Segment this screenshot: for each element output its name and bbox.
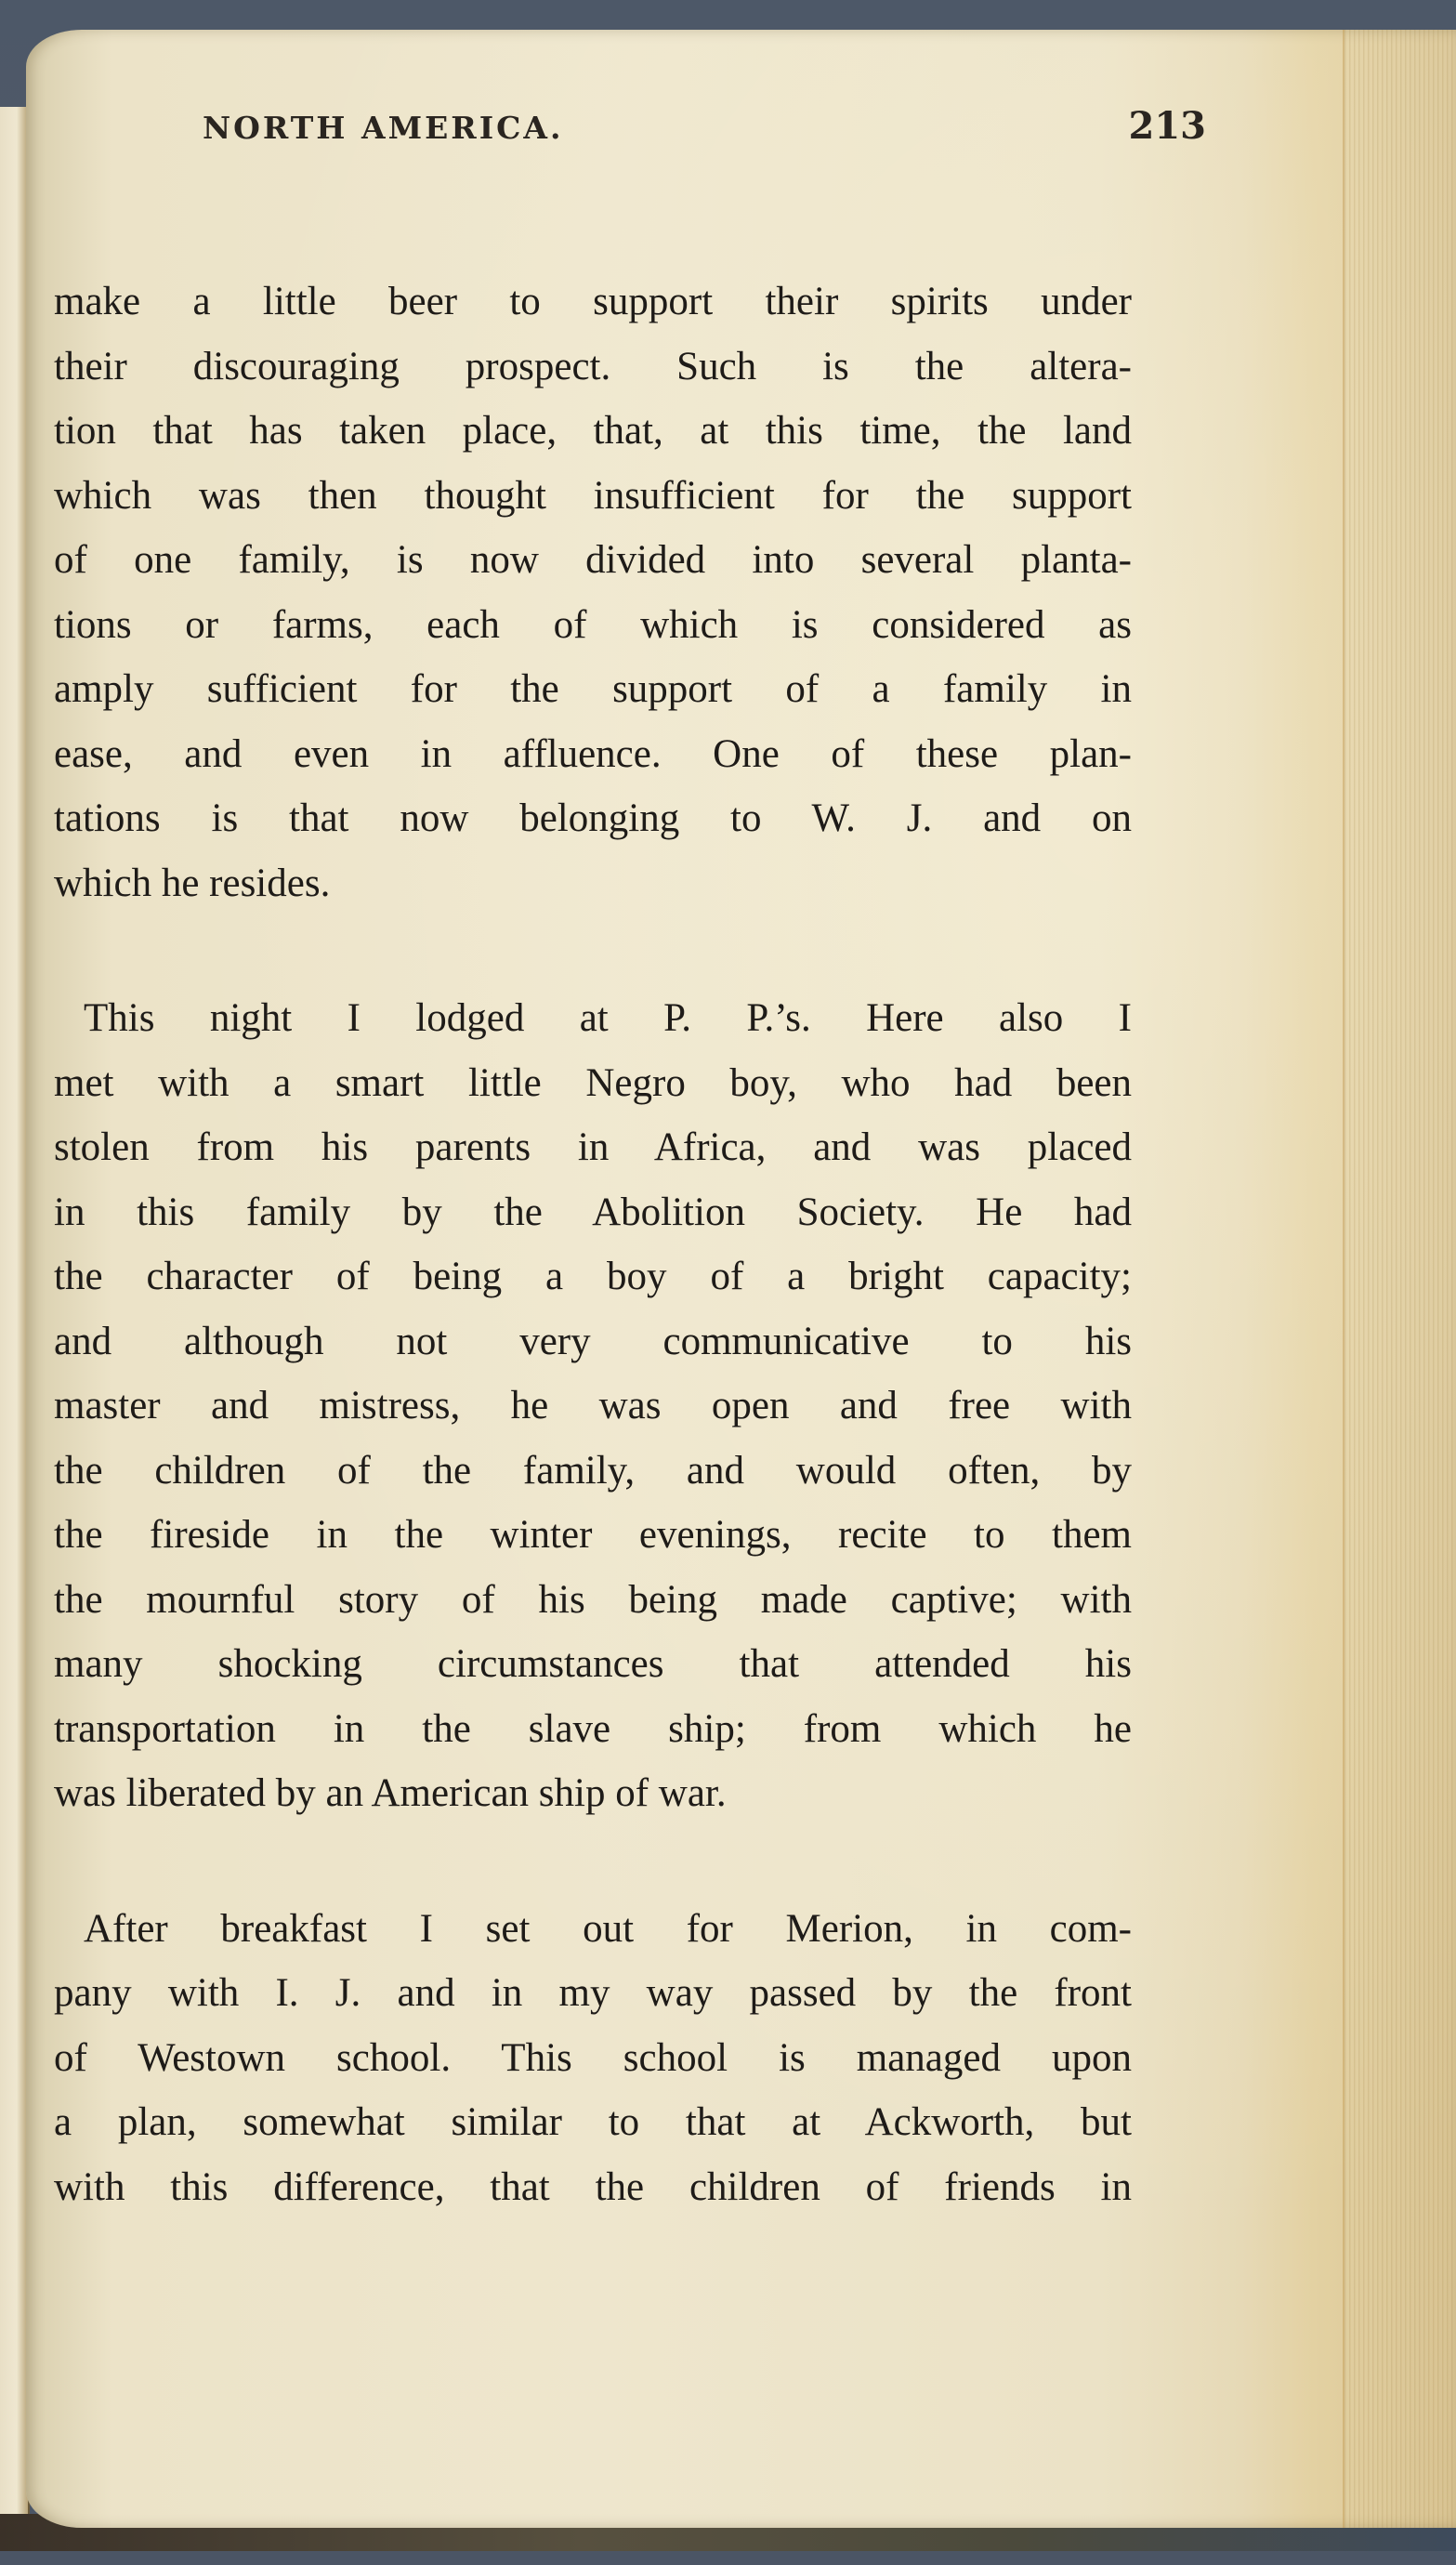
text-line: pany with I. J. and in my way passed by … (54, 1961, 1132, 2026)
book-page: NORTH AMERICA. 213 make a little beer to… (26, 30, 1456, 2528)
text-line: a plan, somewhat similar to that at Ackw… (54, 2090, 1132, 2155)
text-line: the children of the family, and would of… (54, 1439, 1132, 1504)
text-line: which was then thought insufficient for … (54, 464, 1132, 529)
paragraph-3: After breakfast I set out for Merion, in… (54, 1897, 1132, 2220)
text-line: the mournful story of his being made cap… (54, 1568, 1132, 1633)
text-line: make a little beer to support their spir… (54, 270, 1132, 335)
text-line: with this difference, that the children … (54, 2155, 1132, 2220)
text-line: transportation in the slave ship; from w… (54, 1697, 1132, 1762)
page-number: 213 (1129, 104, 1207, 148)
text-line: many shocking circumstances that attende… (54, 1632, 1132, 1697)
text-line: This night I lodged at P. P.’s. Here als… (54, 986, 1132, 1051)
text-line: and although not very communicative to h… (54, 1309, 1132, 1375)
paragraph-2: This night I lodged at P. P.’s. Here als… (54, 986, 1132, 1826)
text-line: their discouraging prospect. Such is the… (54, 335, 1132, 400)
running-head: NORTH AMERICA. 213 (203, 104, 1206, 160)
body-text: make a little beer to support their spir… (54, 270, 1132, 2219)
text-line: ease, and even in affluence. One of thes… (54, 722, 1132, 787)
text-line: amply sufficient for the support of a fa… (54, 657, 1132, 722)
text-line: master and mistress, he was open and fre… (54, 1374, 1132, 1439)
text-line: the character of being a boy of a bright… (54, 1244, 1132, 1309)
text-line: was liberated by an American ship of war… (54, 1761, 1132, 1826)
text-line: of one family, is now divided into sever… (54, 528, 1132, 593)
text-line: in this family by the Abolition Society.… (54, 1180, 1132, 1245)
text-line: tion that has taken place, that, at this… (54, 399, 1132, 464)
text-line: met with a smart little Negro boy, who h… (54, 1051, 1132, 1116)
text-line: tations is that now belonging to W. J. a… (54, 786, 1132, 851)
page-fore-edge (1343, 30, 1456, 2528)
paragraph-1: make a little beer to support their spir… (54, 270, 1132, 915)
running-title: NORTH AMERICA. (203, 110, 563, 146)
text-line: stolen from his parents in Africa, and w… (54, 1115, 1132, 1180)
text-line: of Westown school. This school is manage… (54, 2026, 1132, 2091)
text-line: tions or farms, each of which is conside… (54, 593, 1132, 658)
text-line: the fireside in the winter evenings, rec… (54, 1503, 1132, 1568)
text-line: which he resides. (54, 851, 1132, 916)
text-line: After breakfast I set out for Merion, in… (54, 1897, 1132, 1962)
